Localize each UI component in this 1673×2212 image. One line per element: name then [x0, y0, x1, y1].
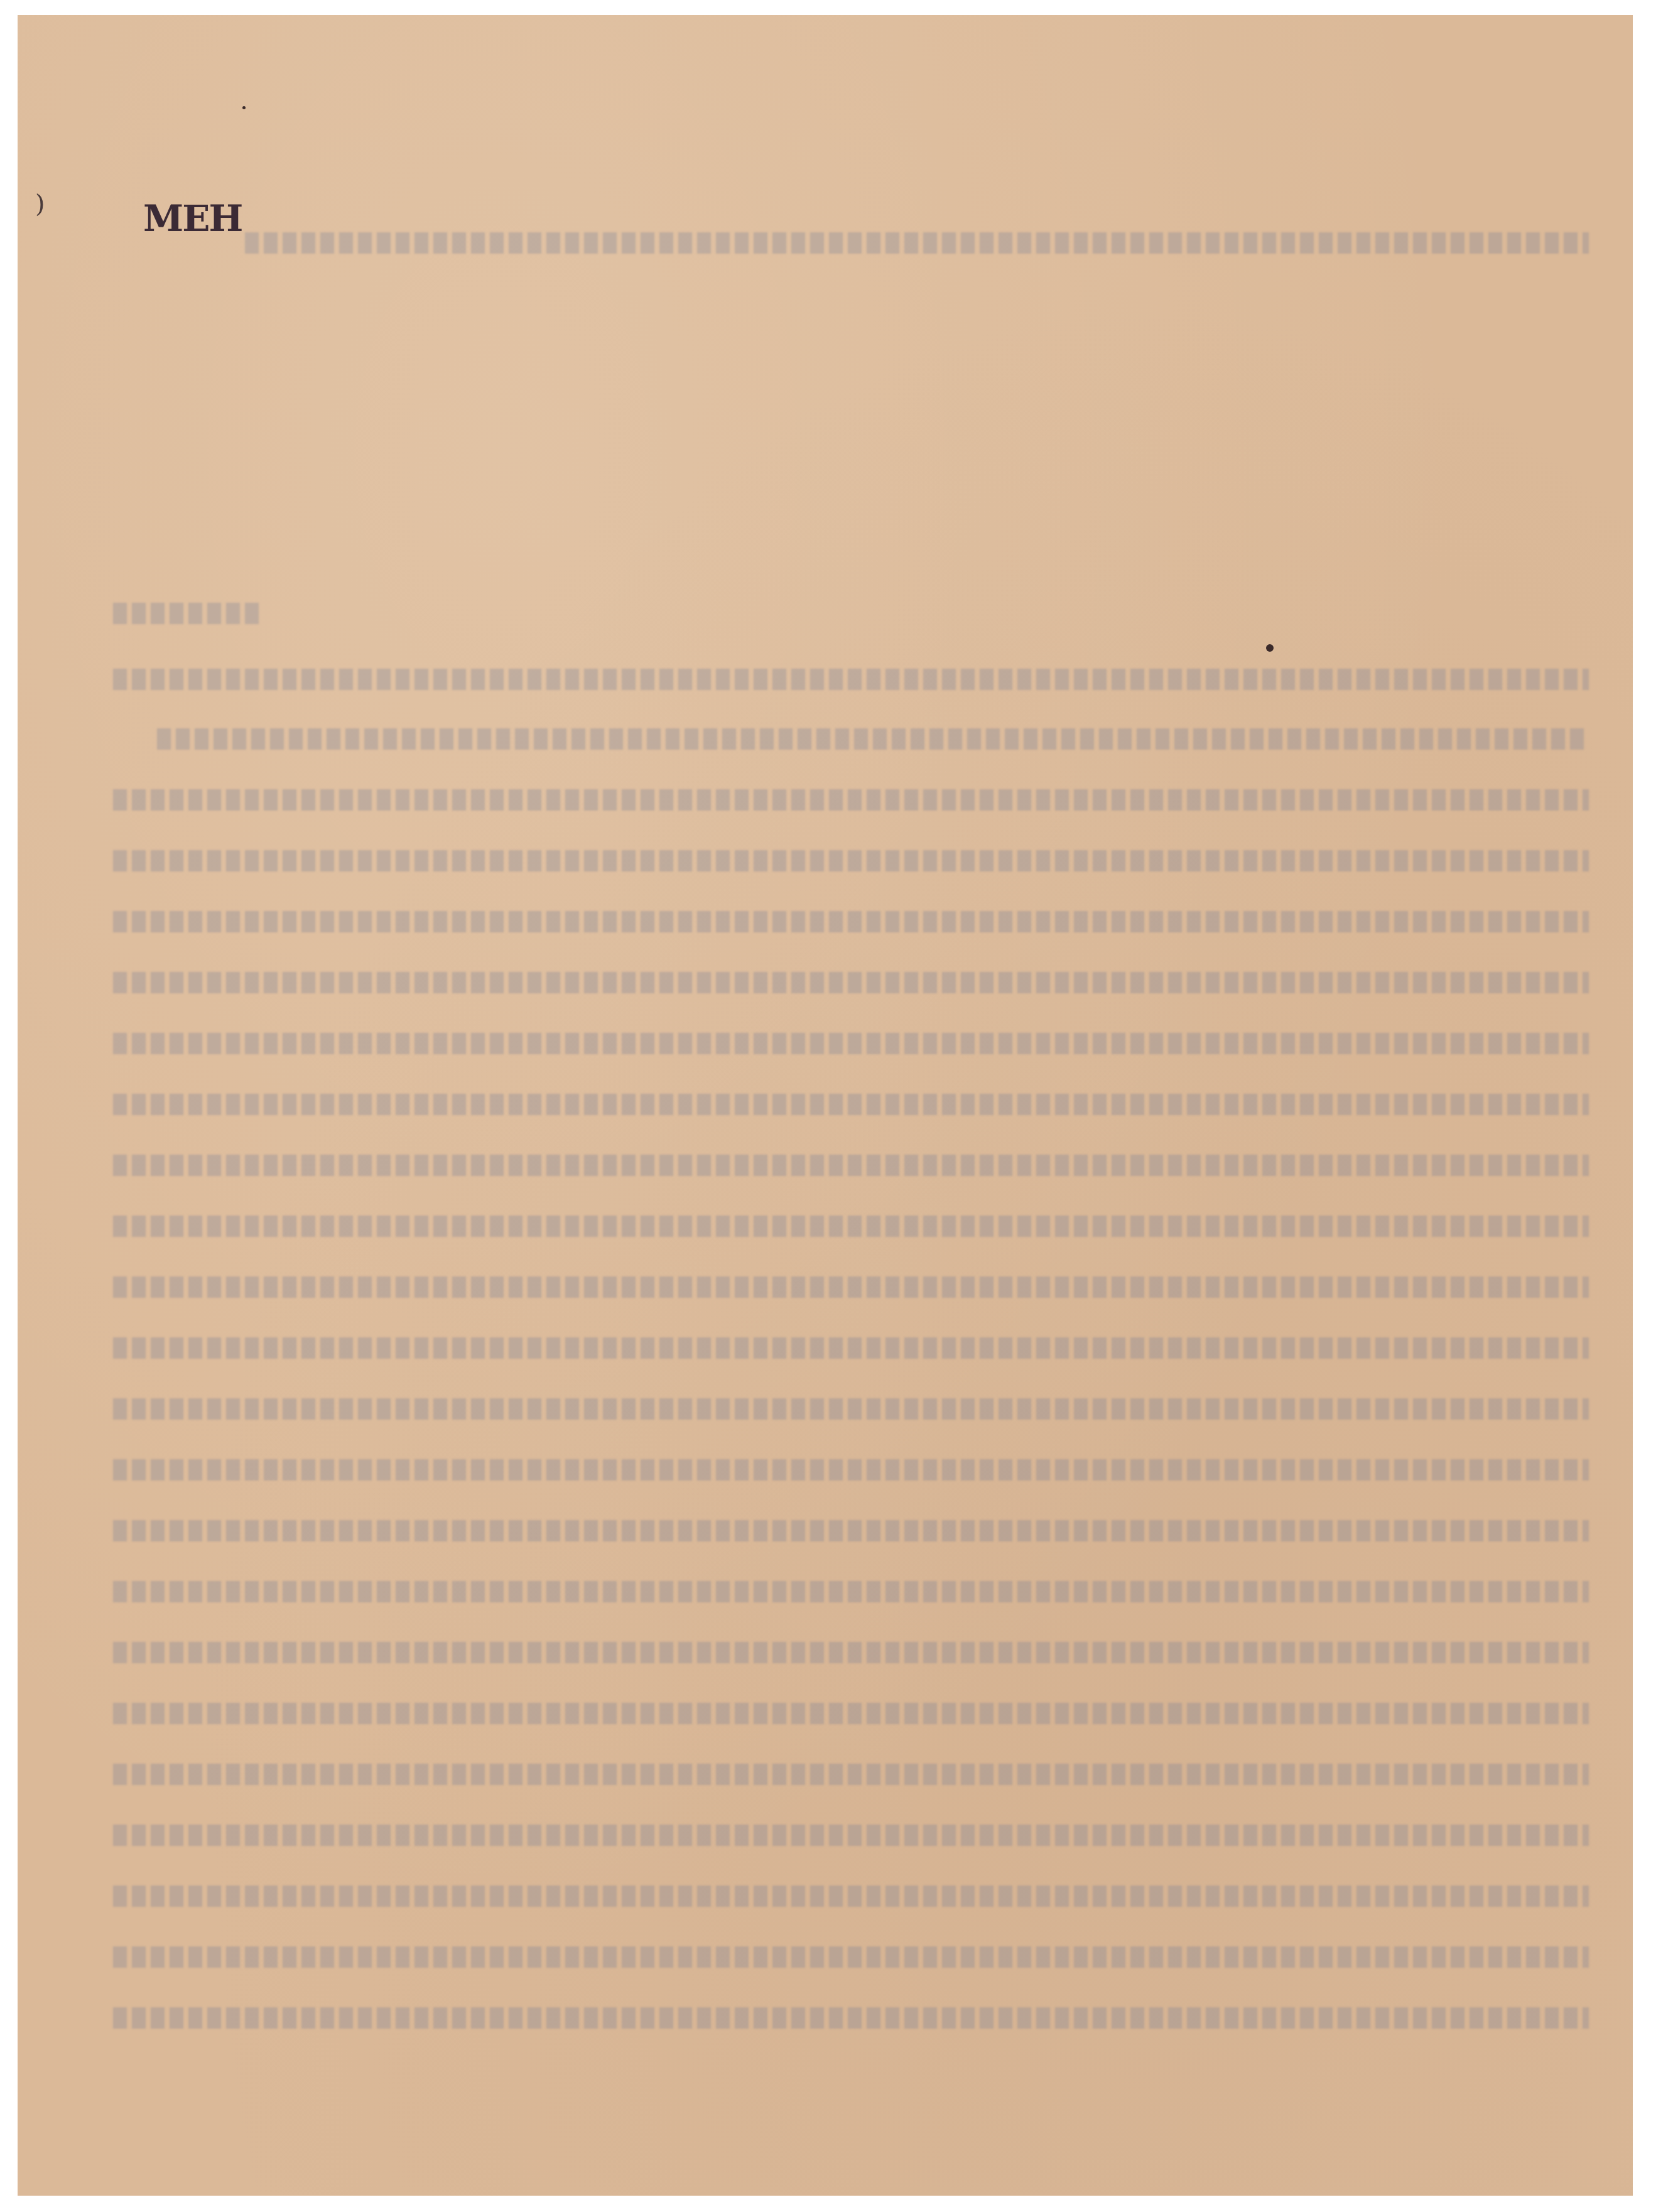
show-through-line [113, 1946, 1589, 1968]
ink-speck [242, 106, 246, 109]
show-through-line [113, 1642, 1589, 1663]
show-through-line [113, 2007, 1589, 2029]
show-through-line [113, 1398, 1589, 1420]
show-through-line [113, 1703, 1589, 1724]
show-through-line [113, 1033, 1589, 1054]
show-through-line [113, 972, 1589, 993]
show-through-line [113, 1581, 1589, 1602]
show-through-line [113, 1094, 1589, 1115]
show-through-line [113, 669, 1589, 690]
ink-speck [1266, 644, 1274, 652]
show-through-line [113, 1276, 1589, 1298]
show-through-line [113, 1155, 1589, 1176]
show-through-line [113, 1337, 1589, 1359]
show-through-line [113, 850, 1589, 871]
show-through-line [113, 1886, 1589, 1907]
show-through-line [113, 603, 264, 624]
show-through-line [113, 789, 1589, 811]
paper-sheet: ) MEH [18, 15, 1633, 2196]
show-through-line [113, 1764, 1589, 1785]
show-through-line [113, 1520, 1589, 1541]
show-through-text [18, 15, 1633, 2196]
show-through-line [113, 1459, 1589, 1481]
show-through-line [113, 1216, 1589, 1237]
show-through-line [245, 232, 1589, 254]
show-through-line [113, 911, 1589, 932]
show-through-line [113, 1825, 1589, 1846]
show-through-line [157, 728, 1589, 750]
